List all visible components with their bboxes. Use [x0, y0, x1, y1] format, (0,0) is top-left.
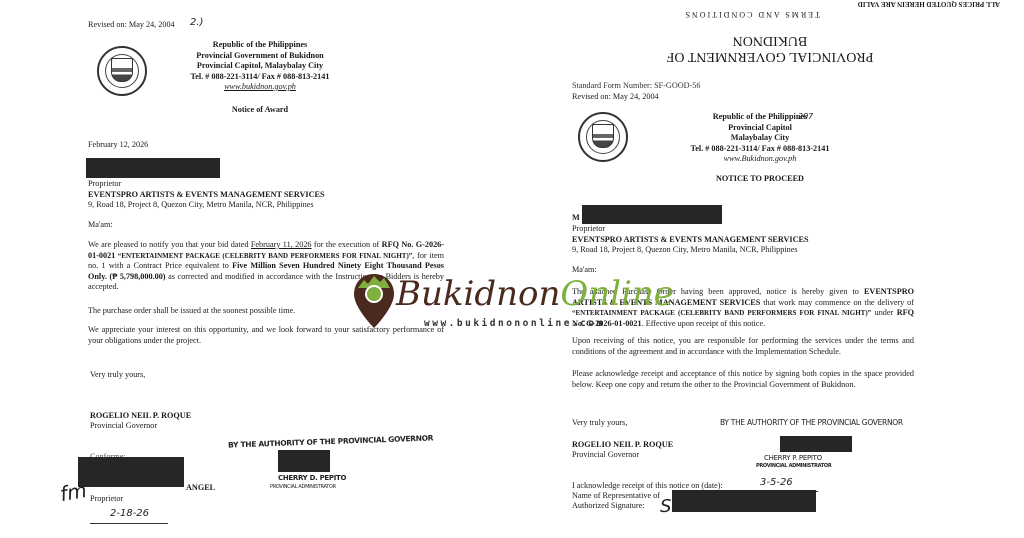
recipient-block: Proprietor EVENTSPRO ARTISTS & EVENTS MA…	[572, 224, 932, 256]
signatory-name: ROGELIO NEIL P. ROQUE	[90, 411, 191, 422]
signature-label: Authorized Signature:	[572, 501, 645, 512]
letter-date: February 12, 2026	[88, 140, 148, 151]
redacted-block	[780, 436, 852, 452]
redacted-block	[582, 205, 722, 224]
recipient-company: EVENTSPRO ARTISTS & EVENTS MANAGEMENT SE…	[88, 190, 448, 201]
recipient-role: Proprietor	[572, 224, 932, 235]
letterhead-line: Provincial Government of Bukidnon	[170, 51, 350, 62]
letterhead-line: Tel. # 088-221-3114/ Fax # 088-813-2141	[670, 144, 850, 155]
recipient-role: Proprietor	[88, 179, 448, 190]
upside-down-text: PROVINCIAL GOVERNMENT OF	[640, 48, 900, 64]
salutation: Ma'am:	[88, 220, 113, 231]
letterhead-line: Tel. # 088-221-3114/ Fax # 088-813-2141	[170, 72, 350, 83]
representative-label: Name of Representative of	[572, 491, 660, 502]
signatory-title: Provincial Governor	[572, 450, 639, 461]
conforme-date: 2-18-26	[110, 508, 149, 519]
recipient-company: EVENTSPRO ARTISTS & EVENTS MANAGEMENT SE…	[572, 235, 932, 246]
letterhead: Republic of the Philippines Provincial G…	[170, 40, 350, 93]
bukidnon-seal-icon	[578, 112, 628, 162]
conforme-role: Proprietor	[90, 494, 123, 505]
upside-down-text: BUKIDNON	[700, 32, 840, 48]
upside-down-text: ALL PRICES QUOTED HEREIN ARE VALID	[760, 0, 1000, 8]
stamp-title: PROVINCIAL ADMINISTRATOR	[756, 463, 831, 469]
document-title: Notice of Award	[170, 105, 350, 116]
signature-line	[90, 523, 168, 524]
name-prefix: M	[572, 213, 580, 224]
responsibility-paragraph: Upon receiving of this notice, you are r…	[572, 336, 914, 357]
bukidnon-online-watermark: BukidnonOnline www.bukidnononline.com	[348, 270, 618, 336]
upside-down-text: TERMS AND CONDITIONS	[670, 10, 820, 19]
closing: Very truly yours,	[90, 370, 145, 381]
letterhead-line: Malaybalay City	[670, 133, 850, 144]
signatory-name: ROGELIO NEIL P. ROQUE	[572, 440, 673, 451]
stamp-name: CHERRY D. PEPITO	[278, 474, 346, 482]
watermark-brand-part1: Bukidnon	[396, 274, 560, 314]
stamp-name: CHERRY P. PEPITO	[764, 454, 822, 462]
letterhead-line: Provincial Capitol, Malaybalay City	[170, 61, 350, 72]
watermark-brand-part2: Online	[560, 274, 674, 314]
recipient-address: 9, Road 18, Project 8, Quezon City, Metr…	[88, 200, 448, 211]
website-link[interactable]: www.Bukidnon.gov.ph	[670, 154, 850, 165]
page-mark: 207	[798, 112, 813, 121]
website-link[interactable]: www.bukidnon.gov.ph	[170, 82, 350, 93]
redacted-block	[278, 450, 330, 472]
authority-stamp: BY THE AUTHORITY OF THE PROVINCIAL GOVER…	[228, 433, 433, 449]
letterhead-line: Provincial Capitol	[670, 123, 850, 134]
recipient-block: Proprietor EVENTSPRO ARTISTS & EVENTS MA…	[88, 179, 448, 211]
redacted-block	[672, 490, 816, 512]
recipient-address: 9, Road 18, Project 8, Quezon City, Metr…	[572, 245, 932, 256]
revised-date: Revised on: May 24, 2004	[572, 92, 659, 103]
letterhead: Republic of the Philippines Provincial C…	[670, 112, 850, 165]
redacted-block	[78, 457, 184, 487]
handwritten-signature: S	[660, 496, 671, 517]
letterhead-line: Republic of the Philippines	[670, 112, 850, 123]
signatory-title: Provincial Governor	[90, 421, 157, 432]
ack-date-value: 3-5-26	[760, 477, 793, 488]
authority-stamp: BY THE AUTHORITY OF THE PROVINCIAL GOVER…	[720, 418, 903, 427]
watermark-brand: BukidnonOnline	[396, 274, 674, 314]
conforme-name: ANGEL	[186, 483, 215, 494]
redacted-block	[86, 158, 220, 178]
form-number: Standard Form Number: SF-GOOD-56	[572, 81, 701, 92]
map-pin-icon	[352, 272, 396, 330]
stamp-title: PROVINCIAL ADMINISTRATOR	[270, 484, 336, 490]
handwritten-signature: fm	[58, 478, 88, 506]
revised-date: Revised on: May 24, 2004	[88, 20, 175, 31]
document-title: NOTICE TO PROCEED	[670, 174, 850, 185]
acknowledge-paragraph: Please acknowledge receipt and acceptanc…	[572, 369, 914, 390]
page-mark: 2.)	[190, 17, 203, 28]
letterhead-line: Republic of the Philippines	[170, 40, 350, 51]
watermark-url: www.bukidnononline.com	[424, 318, 605, 329]
closing: Very truly yours,	[572, 418, 627, 429]
bukidnon-seal-icon	[97, 46, 147, 96]
